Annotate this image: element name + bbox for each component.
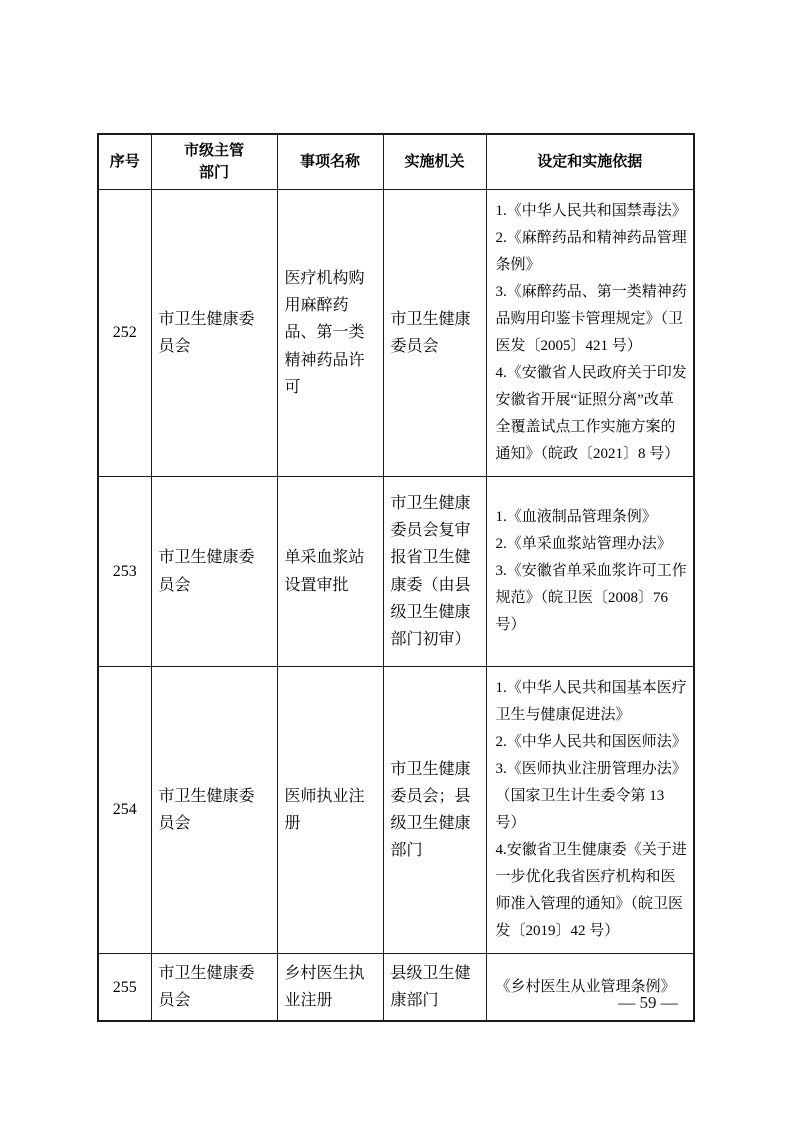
implementing-agency-cell: 县级卫生健康部门 [383,954,486,1022]
table-row: 253 市卫生健康委员会 单采血浆站设置审批 市卫生健康委员会复审报省卫生健康委… [98,477,694,667]
legal-basis-cell: 1.《中华人民共和国基本医疗卫生与健康促进法》 2.《中华人民共和国医师法》 3… [486,667,694,954]
table-row: 254 市卫生健康委员会 医师执业注册 市卫生健康委员会；县级卫生健康部门 1.… [98,667,694,954]
municipal-department-cell: 市卫生健康委员会 [151,954,277,1022]
implementing-agency-cell: 市卫生健康委员会 [383,190,486,477]
page-number: — 59 — [598,993,698,1013]
document-page: 序号 市级主管 部门 事项名称 实施机关 设定和实施依据 252 市卫生健康委员… [0,0,793,1122]
item-name-cell: 单采血浆站设置审批 [277,477,383,667]
municipal-department-cell: 市卫生健康委员会 [151,667,277,954]
item-name-cell: 医疗机构购用麻醉药品、第一类精神药品许可 [277,190,383,477]
legal-basis-cell: 1.《中华人民共和国禁毒法》 2.《麻醉药品和精神药品管理条例》 3.《麻醉药品… [486,190,694,477]
col-header-item-name: 事项名称 [277,134,383,190]
implementing-agency-cell: 市卫生健康委员会；县级卫生健康部门 [383,667,486,954]
col-header-serial-number: 序号 [98,134,151,190]
table-body: 252 市卫生健康委员会 医疗机构购用麻醉药品、第一类精神药品许可 市卫生健康委… [98,190,694,1022]
col-header-implementing-agency: 实施机关 [383,134,486,190]
approval-items-table: 序号 市级主管 部门 事项名称 实施机关 设定和实施依据 252 市卫生健康委员… [97,133,695,1022]
table-header-row: 序号 市级主管 部门 事项名称 实施机关 设定和实施依据 [98,134,694,190]
item-name-cell: 乡村医生执业注册 [277,954,383,1022]
serial-number-cell: 255 [98,954,151,1022]
legal-basis-cell: 1.《血液制品管理条例》 2.《单采血浆站管理办法》 3.《安徽省单采血浆许可工… [486,477,694,667]
col-header-municipal-department: 市级主管 部门 [151,134,277,190]
table-row: 252 市卫生健康委员会 医疗机构购用麻醉药品、第一类精神药品许可 市卫生健康委… [98,190,694,477]
municipal-department-cell: 市卫生健康委员会 [151,477,277,667]
serial-number-cell: 252 [98,190,151,477]
serial-number-cell: 254 [98,667,151,954]
col-header-legal-basis: 设定和实施依据 [486,134,694,190]
implementing-agency-cell: 市卫生健康委员会复审报省卫生健康委（由县级卫生健康部门初审） [383,477,486,667]
municipal-department-cell: 市卫生健康委员会 [151,190,277,477]
serial-number-cell: 253 [98,477,151,667]
item-name-cell: 医师执业注册 [277,667,383,954]
